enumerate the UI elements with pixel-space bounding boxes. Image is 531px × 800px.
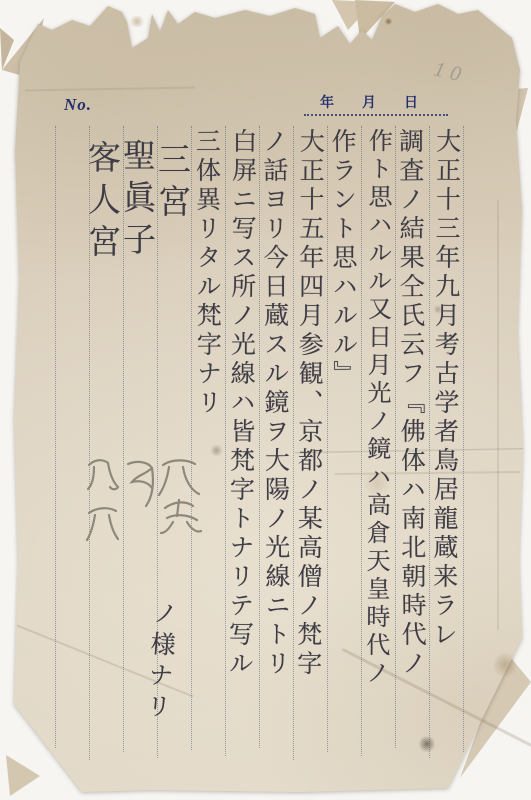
bonji-sketch-icon: [122, 458, 158, 510]
form-date-label: 年 月 日: [320, 92, 425, 112]
ruled-line: [55, 126, 56, 748]
shrine-name-sannomiya: 三宮: [156, 142, 189, 226]
shrine-name-marodo: 客人宮: [86, 140, 119, 266]
scanned-document: No. 年 月 日 10 大正十三年九月考古学者鳥居龍蔵来ラレ 調査ノ結果仝氏云…: [0, 0, 531, 800]
manuscript-column-2: 調査ノ結果仝氏云フ『佛体ハ南北朝時代ノ: [398, 128, 426, 679]
form-no-label: No.: [64, 95, 92, 115]
shrine-name-shoshinshi: 聖眞子: [121, 138, 154, 264]
manuscript-column-5: 大正十五年四月参観、京都ノ某高僧ノ梵字: [296, 128, 324, 679]
manuscript-column-6: ノ話ヨリ今日蔵スル鏡ヲ大陽ノ光線ニトリ: [262, 128, 290, 679]
bonji-sketch-icon: [156, 455, 202, 537]
manuscript-column-4: 作ラント思ハルル』: [330, 128, 357, 389]
manuscript-column-3: 作ト思ハルル又日月光ノ鏡ハ高倉天皇時代ノ: [364, 128, 391, 688]
manuscript-column-8: 三体異リタル梵字ナリ: [194, 128, 221, 418]
manuscript-column-7: 白屏ニ写ス所ノ光線ハ皆梵字トナリテ写ル: [227, 128, 256, 679]
bonji-sketch-icon: [85, 455, 121, 547]
ruled-line: [463, 126, 464, 752]
manuscript-column-1: 大正十三年九月考古学者鳥居龍蔵来ラレ: [431, 128, 460, 650]
date-underline: [304, 114, 448, 116]
